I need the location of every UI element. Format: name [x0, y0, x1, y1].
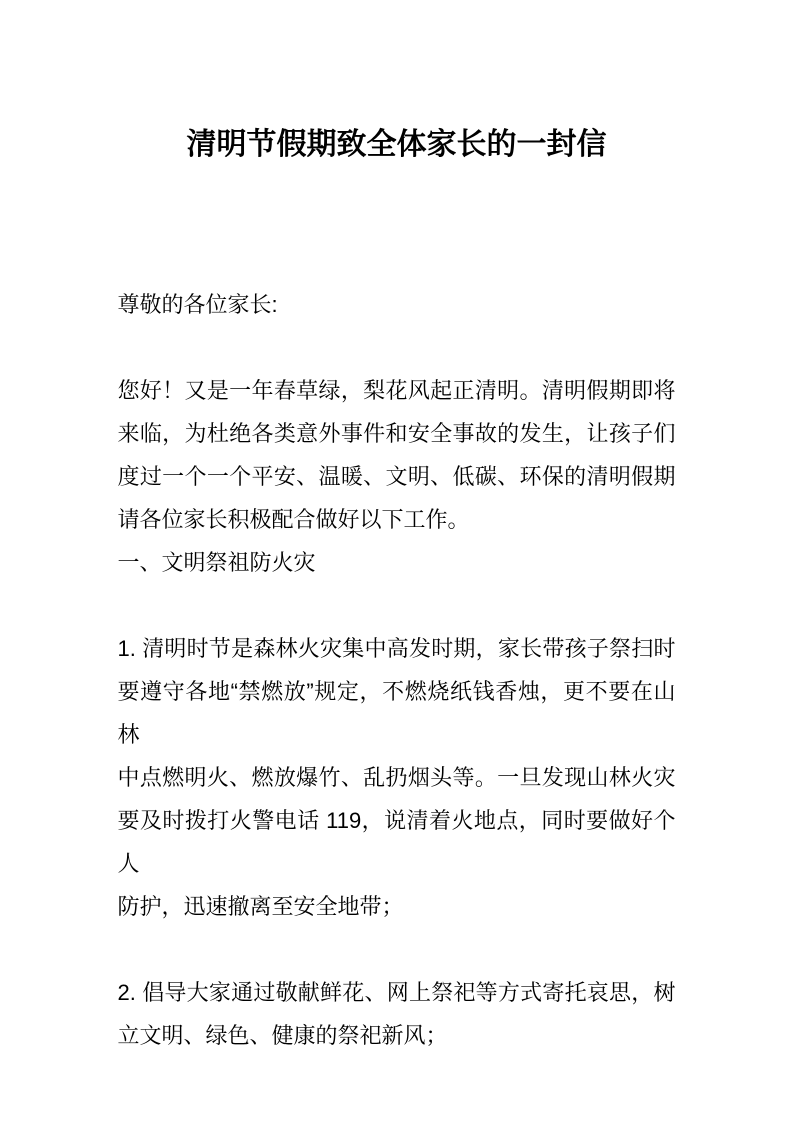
text-line: 度过一个一个平安、温暖、文明、低碳、环保的清明假期	[118, 455, 676, 498]
paragraph-item-1: 1. 清明时节是森林火灾集中高发时期，家长带孩子祭扫时要遵守各地“禁燃放”规定，…	[118, 627, 676, 928]
document-title: 清明节假期致全体家长的一封信	[118, 0, 676, 167]
text-line: 要遵守各地“禁燃放”规定，不燃烧纸钱香烛，更不要在山林	[118, 670, 676, 756]
document-content: 清明节假期致全体家长的一封信 尊敬的各位家长: 您好！又是一年春草绿，梨花风起正…	[118, 0, 676, 1057]
text-line: 来临，为杜绝各类意外事件和安全事故的发生，让孩子们	[118, 412, 676, 455]
text-line: 立文明、绿色、健康的祭祀新风；	[118, 1014, 676, 1057]
paragraph-intro: 您好！又是一年春草绿，梨花风起正清明。清明假期即将来临，为杜绝各类意外事件和安全…	[118, 369, 676, 541]
text-line: 防护，迅速撤离至安全地带；	[118, 885, 676, 928]
paragraph-item-2: 2. 倡导大家通过敬献鲜花、网上祭祀等方式寄托哀思，树立文明、绿色、健康的祭祀新…	[118, 971, 676, 1057]
text-line: 2. 倡导大家通过敬献鲜花、网上祭祀等方式寄托哀思，树	[118, 971, 676, 1014]
text-line: 您好！又是一年春草绿，梨花风起正清明。清明假期即将	[118, 369, 676, 412]
text-line: 要及时拨打火警电话 119，说清着火地点，同时要做好个人	[118, 799, 676, 885]
text-line: 1. 清明时节是森林火灾集中高发时期，家长带孩子祭扫时	[118, 627, 676, 670]
section-heading-1: 一、文明祭祖防火灾	[118, 541, 676, 584]
text-line: 尊敬的各位家长:	[118, 283, 676, 326]
text-line: 中点燃明火、燃放爆竹、乱扔烟头等。一旦发现山林火灾	[118, 756, 676, 799]
document-page: 清明节假期致全体家长的一封信 尊敬的各位家长: 您好！又是一年春草绿，梨花风起正…	[0, 0, 793, 1122]
text-line: 请各位家长积极配合做好以下工作。	[118, 498, 676, 541]
text-line: 一、文明祭祖防火灾	[118, 541, 676, 584]
salutation: 尊敬的各位家长:	[118, 283, 676, 326]
